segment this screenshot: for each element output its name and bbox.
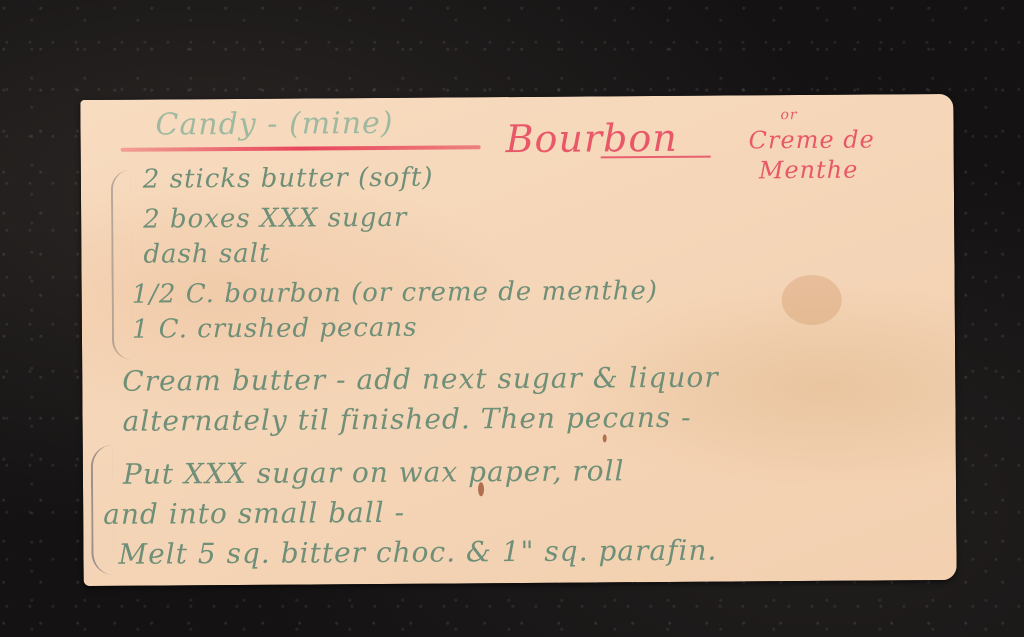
variant-alt-line: Menthe — [759, 155, 875, 186]
direction-line: alternately til finished. Then pecans - — [122, 401, 691, 438]
ingredients-brace — [111, 170, 132, 360]
variant-alt-prefix: or — [780, 107, 797, 123]
recipe-title: Candy - (mine) — [155, 106, 393, 143]
variant-underline — [601, 156, 711, 159]
direction-line: Melt 5 sq. bitter choc. & 1" sq. parafin… — [118, 534, 717, 571]
direction-line: Put XXX sugar on wax paper, roll — [123, 454, 625, 491]
ingredient-item: 1/2 C. bourbon (or creme de menthe) — [132, 276, 659, 310]
ingredient-item: 2 boxes XXX sugar — [143, 203, 407, 235]
ingredient-item: 1 C. crushed pecans — [132, 313, 418, 345]
direction-line: Cream butter - add next sugar & liquor — [122, 361, 719, 398]
recipe-card: Candy - (mine) Bourbon or Creme de Menth… — [80, 94, 956, 586]
direction-line: and into small ball - — [103, 496, 405, 531]
variant-alt-line: Creme de — [749, 125, 875, 156]
variant-alt: Creme de Menthe — [749, 125, 876, 186]
title-underline — [121, 145, 481, 152]
stain — [603, 434, 607, 442]
ingredient-item: dash salt — [143, 239, 270, 270]
ingredient-item: 2 sticks butter (soft) — [143, 163, 434, 195]
recipe-variant: Bourbon — [505, 116, 677, 161]
stain — [782, 275, 842, 325]
